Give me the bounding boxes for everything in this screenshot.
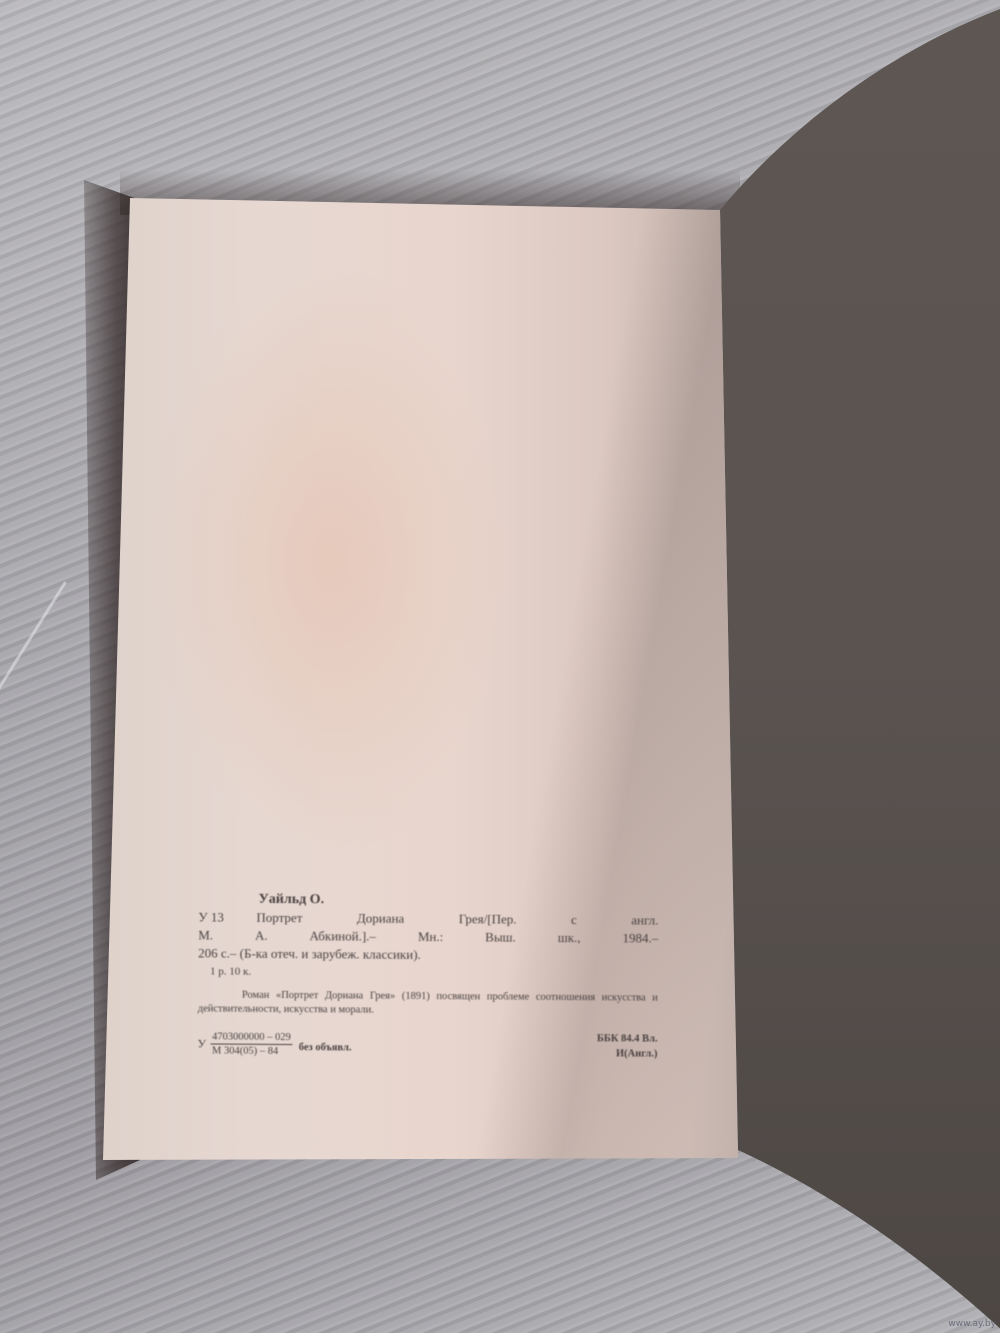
imprint-block: Уайльд О. У 13 Портрет Дориана Грея/[Пер… [197,890,658,1061]
bbk-line-2: И(Англ.) [616,1048,658,1059]
price: 1 р. 10 к. [210,962,658,983]
udc-code: У 13 [198,908,256,926]
no-announcement: без объявл. [299,1039,352,1057]
fraction-prefix: У [197,1034,206,1052]
bbk-line-1: ББК 84.4 Вл. [597,1033,658,1044]
bbk-code: ББК 84.4 Вл. И(Англ.) [597,1031,658,1061]
catalog-fraction: 4703000000 – 029 М 304(05) – 84 [210,1030,293,1058]
annotation: Роман «Портрет Дориана Грея» (1891) посв… [198,988,658,1019]
pages-series-line: 206 с.– (Б-ка отеч. и зарубеж. классики)… [198,944,658,965]
fraction-denominator: М 304(05) – 84 [210,1044,293,1058]
fraction-numerator: 4703000000 – 029 [210,1030,293,1045]
right-page-dark [705,0,1000,1333]
watermark: www.ay.by [948,1319,996,1329]
catalog-row: У 4703000000 – 029 М 304(05) – 84 без об… [197,1028,657,1061]
